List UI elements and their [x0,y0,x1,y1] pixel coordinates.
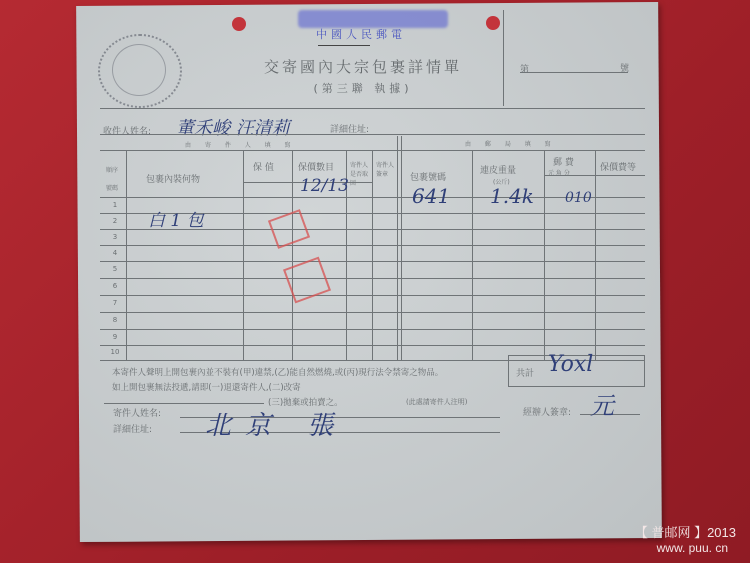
post-section-header: 由 郵 局 填 寫 [465,139,557,148]
row-line [100,312,645,313]
row-line [100,329,645,330]
recipient-name-label: 收件人姓名: [103,124,151,137]
form-subtitle: (第三聯 執據) [228,80,498,96]
rule [100,108,645,109]
declaration-note: (此處請寄件人注明) [406,397,467,407]
row-number: 5 [104,265,126,273]
col-contents: 包裹內裝何物 [146,172,200,185]
watermark-url: www. puu. cn [657,541,728,555]
declaration-line2: 如上開包裹無法投遞,請即(一)退還寄件人,(二)改寄 [112,381,301,393]
form-title: 交寄國內大宗包裹詳情單 [228,56,498,77]
col-postage: 郵 費 [553,155,574,168]
col-seq2: 號碼 [106,183,118,192]
row-number: 4 [104,249,126,257]
clerk-signature: 元 [590,386,614,421]
total-label: 共計 [516,366,534,379]
sender-name-label: 寄件人姓名: [113,406,161,419]
watermark-title: 【 普邮网 】2013 [635,522,736,541]
row1-postage: 010 [565,190,592,206]
row-number: 10 [104,348,126,356]
grid-line [397,136,398,360]
row-line [100,345,645,346]
row1-weight: 1.4k [490,184,534,208]
rule [100,134,645,135]
punch-hole-right [486,16,500,30]
col-parcel-no: 包裹號碼 [410,170,446,183]
row1-insured: 12/13 [300,176,349,196]
row-line [100,261,645,262]
sender-address-label: 詳細住址: [113,422,152,435]
row-number: 1 [104,201,126,209]
row-number: 3 [104,233,126,241]
row1-contents: 白 1 包 [148,206,204,231]
row-number: 8 [104,316,126,324]
col-insured: 保價數目 [298,160,334,173]
postmark-inner [112,44,166,96]
row-line [100,197,645,198]
grid-line [401,136,402,360]
row-number: 2 [104,217,126,225]
declaration-line1: 本寄件人聲明上開包裹內並不裝有(甲)違禁,(乙)能自然燃燒,或(丙)現行法令禁寄… [112,366,443,378]
col-insurance-fee: 保價費等 [600,160,636,173]
row-line [100,278,645,279]
row-number: 7 [104,299,126,307]
col-value: 保 值 [253,160,274,173]
title-rule [318,45,370,46]
col-b: 寄件人簽章 [376,160,396,178]
sender-section-header: 由 寄 件 人 填 寫 [185,140,297,149]
clerk-label: 經辦人簽章: [523,405,571,418]
row-line [100,295,645,296]
stamp-text: 中國人民郵電 [316,26,406,42]
punch-hole-left [232,17,246,31]
divider [503,10,504,106]
row1-parcel-no: 641 [412,184,450,208]
rule [544,175,645,176]
total-handwritten: Yoxl [548,352,593,377]
recipient-name-handwritten: 董禾峻 汪清莉 [176,114,290,140]
row-number: 9 [104,333,126,341]
rule [104,403,264,404]
number-label-left: 第 [520,62,529,75]
row-line [100,245,645,246]
sender-handwriting: 北京 張 [205,405,347,442]
row-number: 6 [104,282,126,290]
number-line [520,72,628,73]
col-seq: 順序 [106,165,118,174]
col-weight: 連皮重量 [480,163,516,176]
